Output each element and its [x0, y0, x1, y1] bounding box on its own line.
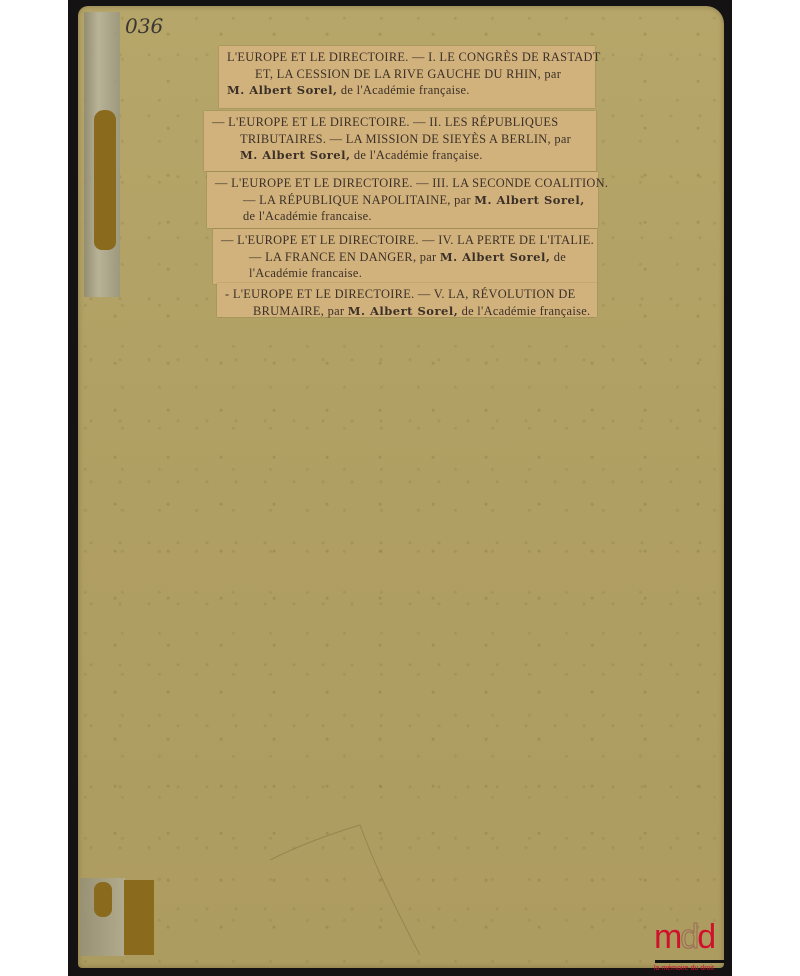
- title-label-5: - L'EUROPE ET LE DIRECTOIRE. — V. LA, RÉ…: [217, 283, 597, 317]
- logo-tagline: la mémoire du droit: [654, 965, 714, 972]
- label-line: — L'EUROPE ET LE DIRECTOIRE. — III. LA S…: [215, 175, 590, 192]
- label-line: — L'EUROPE ET LE DIRECTOIRE. — IV. LA PE…: [221, 232, 589, 249]
- logo-text: mdd: [654, 922, 714, 952]
- title-label-4: — L'EUROPE ET LE DIRECTOIRE. — IV. LA PE…: [213, 229, 597, 284]
- label-line: — L'EUROPE ET LE DIRECTOIRE. — II. LES R…: [212, 114, 588, 131]
- title-label-2: — L'EUROPE ET LE DIRECTOIRE. — II. LES R…: [204, 111, 596, 171]
- title-label-1: L'EUROPE ET LE DIRECTOIRE. — I. LE CONGR…: [219, 46, 595, 108]
- label-line: — LA RÉPUBLIQUE NAPOLITAINE, par M. Albe…: [215, 192, 590, 209]
- label-line: — LA FRANCE EN DANGER, par M. Albert Sor…: [221, 249, 589, 266]
- logo-m: m: [654, 918, 680, 956]
- title-label-3: — L'EUROPE ET LE DIRECTOIRE. — III. LA S…: [207, 172, 598, 228]
- label-line: de l'Académie francaise.: [215, 208, 590, 225]
- handwritten-shelfmark: 036: [125, 14, 163, 38]
- label-line: l'Académie francaise.: [221, 265, 589, 282]
- logo-underline: [655, 960, 727, 963]
- label-line: - L'EUROPE ET LE DIRECTOIRE. — V. LA, RÉ…: [225, 286, 589, 303]
- label-line: L'EUROPE ET LE DIRECTOIRE. — I. LE CONGR…: [227, 49, 587, 66]
- label-line: M. Albert Sorel, de l'Académie française…: [212, 147, 588, 164]
- label-line: TRIBUTAIRES. — LA MISSION DE SIEYÈS A BE…: [212, 131, 588, 148]
- corner-stain-small: [94, 882, 112, 917]
- cover-crease: [270, 820, 470, 960]
- label-line: M. Albert Sorel, de l'Académie française…: [227, 82, 587, 99]
- corner-stain: [124, 880, 154, 955]
- mdd-watermark-logo: mdd la mémoire du droit: [654, 920, 730, 976]
- logo-d: d: [697, 918, 714, 956]
- logo-d-outline: d: [680, 918, 697, 956]
- label-line: BRUMAIRE, par M. Albert Sorel, de l'Acad…: [225, 303, 589, 320]
- spine-stain: [94, 110, 116, 250]
- label-line: ET, LA CESSION DE LA RIVE GAUCHE DU RHIN…: [227, 66, 587, 83]
